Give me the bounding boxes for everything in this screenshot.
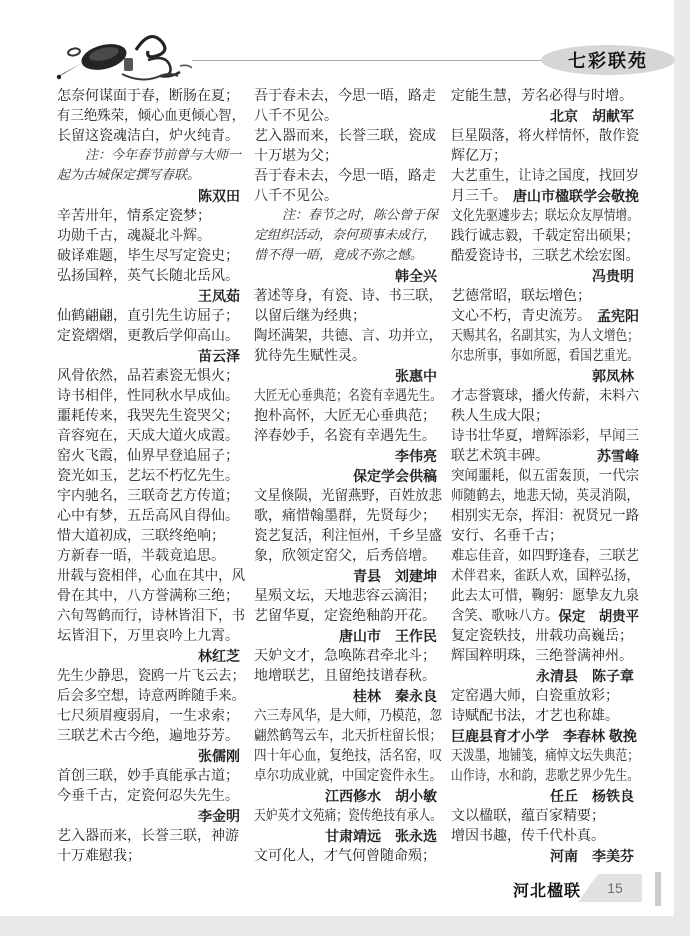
couplet-line: 功勋千古，魂凝北斗辉。: [57, 226, 245, 246]
couplet-line: 诗书相伴，性同秋水早成仙。: [57, 386, 245, 406]
couplet-line: 卓尔功成业就，中国定瓷件永生。: [254, 766, 422, 786]
couplet-line: 著述等身，有瓷、诗、书三联，: [254, 286, 434, 306]
header-divider: [192, 60, 544, 61]
ink-brush-flourish-icon: [52, 30, 192, 88]
couplet-line-with-signature: 文心不朽，青史流芳。孟宪阳: [451, 306, 639, 326]
couplet-line: 弘扬国粹，英气长随北岳风。: [57, 266, 245, 286]
couplet-line: 犹待先生赋性灵。: [254, 346, 442, 366]
couplet-line: 卅载与瓷相伴，心血在其中，风: [57, 566, 237, 586]
couplet-line: 方新春一晤，半载竟追思。: [57, 546, 245, 566]
author-signature: 河南 李美芬: [451, 846, 639, 866]
couplet-line: 文可化人，才气何曾随命殒；: [254, 846, 442, 866]
couplet-line: 文星倏陨，光留燕野，百姓放悲: [254, 486, 434, 506]
couplet-line: 六旬驾鹤而行，诗林皆泪下，书: [57, 606, 237, 626]
couplet-line: 艺留华夏，定瓷绝釉韵开花。: [254, 606, 442, 626]
couplet-line: 噩耗传来，我哭先生瓷哭父；: [57, 406, 245, 426]
couplet-line: 定瓷熠熠，更教后学仰高山。: [57, 326, 245, 346]
couplet-line: 艺德常昭，联坛增色；: [451, 286, 639, 306]
couplet-line: 三联艺术古今绝，遍地芬芳。: [57, 726, 245, 746]
couplet-line: 翩然鹤驾云车，北天折柱留长恨；: [254, 726, 422, 746]
couplet-line: 定能生慧，芳名必得与时增。: [451, 86, 639, 106]
couplet-line: 瓷艺复活，利注恒州，千乡呈盛: [254, 526, 434, 546]
author-signature: 巨鹿县育才小学 李春林 敬挽: [451, 726, 639, 746]
couplet-line: 安行、名垂千古；: [451, 526, 639, 546]
couplet-line: 艺入器而来，长誉三联，瓷成: [254, 126, 442, 146]
author-signature: 冯贵明: [451, 266, 639, 286]
couplet-line: 尔忠所事，事如所愿，看国艺重光。: [451, 346, 609, 366]
couplet-line: 抱朴高怀，大匠无心垂典范；: [254, 406, 442, 426]
column: 怎奈何谋面于春，断肠在夏；有三绝殊荣，倾心血更倾心智，长留这瓷魂洁白，炉火纯青。…: [57, 86, 245, 866]
author-signature: 苗云泽: [57, 346, 245, 366]
author-signature: 郭凤林: [451, 366, 639, 386]
author-signature: 任丘 杨铁良: [451, 786, 639, 806]
couplet-line: 星殒文坛，天地悲容云滴泪；: [254, 586, 442, 606]
couplet-text: 月三千。: [451, 186, 507, 206]
couplet-line: 文化先驱遽步去；联坛众友厚情增。: [451, 206, 609, 226]
couplet-line: 破译难题，毕生尽写定瓷史；: [57, 246, 245, 266]
couplet-line: 心中有梦，五岳高风自得仙。: [57, 506, 245, 526]
couplet-line: 瓷光如玉，艺坛不朽忆先生。: [57, 466, 245, 486]
author-signature: 王凤茹: [57, 286, 245, 306]
author-signature: 唐山市 王作民: [254, 626, 442, 646]
couplet-line: 难忘佳音，如四野逢春，三联艺: [451, 546, 631, 566]
couplet-line: 十万难慰我；: [57, 846, 245, 866]
article-columns: 怎奈何谋面于春，断肠在夏；有三绝殊荣，倾心血更倾心智，长留这瓷魂洁白，炉火纯青。…: [57, 86, 649, 866]
couplet-line: 术伴君来，雀跃人欢，国粹弘扬，: [451, 566, 619, 586]
couplet-line: 大匠无心垂典范；名瓷有幸遇先生。: [254, 386, 412, 406]
couplet-line: 艺入器而来，长誉三联，神游: [57, 826, 245, 846]
couplet-line: 巨星陨落，将火样情怀，散作瓷: [451, 126, 631, 146]
couplet-line: 今垂千古，定瓷何忍失先生。: [57, 786, 245, 806]
couplet-line: 大艺重生，让诗之国度，找回岁: [451, 166, 631, 186]
couplet-line: 相别实无奈，挥泪：祝贤兄一路: [451, 506, 631, 526]
page-footer: 河北楹联 15: [0, 872, 690, 912]
note-line: 定组织活动，奈何琐事未成行，: [254, 226, 442, 246]
journal-name: 河北楹联: [513, 878, 581, 901]
couplet-line: 宇内驰名，三联奇艺方传道；: [57, 486, 245, 506]
section-badge-label: 七彩联苑: [568, 47, 648, 73]
couplet-line: 窑火飞霞，仙界早登追屈子；: [57, 446, 245, 466]
section-badge: 七彩联苑: [541, 45, 675, 75]
couplet-line: 复定瓷轶技，卅载功高巍岳；: [451, 626, 639, 646]
author-signature: 保定学会供稿: [254, 466, 442, 486]
page-header: 七彩联苑: [0, 28, 674, 80]
couplet-line: 音容宛在，天成大道火成霞。: [57, 426, 245, 446]
couplet-line: 风骨依然，品若素瓷无惧火；: [57, 366, 245, 386]
couplet-line: 六三寿风华，是大师，乃模范，忽: [254, 706, 422, 726]
couplet-line: 此去太可惜，鞠躬：愿挚友九泉: [451, 586, 631, 606]
couplet-line: 八千不见公。: [254, 106, 442, 126]
author-signature: 张儒刚: [57, 746, 245, 766]
couplet-line: 酷爱瓷诗书，三联艺术绘宏图。: [451, 246, 631, 266]
column: 定能生慧，芳名必得与时增。北京 胡献军巨星陨落，将火样情怀，散作瓷辉亿万；大艺重…: [451, 86, 639, 866]
author-signature: 陈双田: [57, 186, 245, 206]
couplet-line: 首创三联，妙手真能承古道；: [57, 766, 245, 786]
couplet-line: 辉国粹明珠，三绝誉满神州。: [451, 646, 639, 666]
couplet-line: 辛苦卅年，情系定瓷梦；: [57, 206, 245, 226]
couplet-line: 八千不见公。: [254, 186, 442, 206]
couplet-line: 突闻噩耗，似五雷轰顶，一代宗: [451, 466, 631, 486]
couplet-line: 长留这瓷魂洁白，炉火纯青。: [57, 126, 245, 146]
magazine-page: 七彩联苑 怎奈何谋面于春，断肠在夏；有三绝殊荣，倾心血更倾心智，长留这瓷魂洁白，…: [0, 0, 674, 916]
couplet-line: 增因书趣，传千代朴真。: [451, 826, 639, 846]
author-signature: 唐山市楹联学会敬挽: [513, 186, 639, 206]
couplet-line: 天妒英才文苑痛；瓷传绝技有承人。: [254, 806, 412, 826]
couplet-text: 文心不朽，青史流芳。: [451, 306, 591, 326]
couplet-line: 歌，痛惜翰墨群，先贤每少；: [254, 506, 442, 526]
author-signature: 林红芝: [57, 646, 245, 666]
couplet-line: 地增联艺，且留绝技谱春秋。: [254, 666, 442, 686]
note-line: 注：春节之时，陈公曾于保: [254, 206, 442, 226]
couplet-line: 先生少静思，瓷鸥一片飞云去；: [57, 666, 237, 686]
couplet-line: 怎奈何谋面于春，断肠在夏；: [57, 86, 245, 106]
couplet-line: 陶坯满架，共德、言、功并立，: [254, 326, 434, 346]
author-signature: 江西修水 胡小敏: [254, 786, 442, 806]
couplet-line-with-signature: 联艺术筑丰碑。苏雪峰: [451, 446, 639, 466]
couplet-line: 秩人生成大限；: [451, 406, 639, 426]
author-signature: 韩全兴: [254, 266, 442, 286]
author-signature: 苏雪峰: [597, 446, 639, 466]
author-signature: 保定 胡贵平: [558, 606, 639, 626]
page-number: 15: [597, 880, 623, 896]
couplet-line: 吾于春未去，今思一晤，路走: [254, 166, 442, 186]
author-signature: 北京 胡献军: [451, 106, 639, 126]
couplet-line: 淬春妙手，名瓷有幸遇先生。: [254, 426, 442, 446]
couplet-line-with-signature: 月三千。唐山市楹联学会敬挽: [451, 186, 639, 206]
couplet-line: 仙鹤翩翩，直引先生访屈子；: [57, 306, 245, 326]
note-line: 注：今年春节前曾与大师一: [57, 146, 245, 166]
page-edge-bar: [655, 872, 661, 906]
couplet-line: 天泼墨，地铺笺，痛悼文坛失典范；: [451, 746, 609, 766]
couplet-line: 山作诗，水和韵，悲歌艺界少先生。: [451, 766, 609, 786]
author-signature: 张惠中: [254, 366, 442, 386]
couplet-line: 四十年心血，复绝技，活名窑，叹: [254, 746, 422, 766]
couplet-line: 坛皆泪下，万里哀吟上九霄。: [57, 626, 245, 646]
author-signature: 李伟亮: [254, 446, 442, 466]
couplet-line: 诗赋配书法，才艺也称雄。: [451, 706, 639, 726]
couplet-line: 吾于春未去，今思一晤，路走: [254, 86, 442, 106]
couplet-line: 定窑遇大师，白瓷重放彩；: [451, 686, 639, 706]
couplet-line: 天赐其名，名副其实，为人文增色；: [451, 326, 609, 346]
couplet-line: 惜大道初成，三联终绝响；: [57, 526, 245, 546]
couplet-text: 含笑、歌咏八方。: [451, 606, 558, 626]
author-signature: 李金明: [57, 806, 245, 826]
couplet-line-with-signature: 含笑、歌咏八方。保定 胡贵平: [451, 606, 631, 626]
couplet-line: 骨在其中，八方誉满称三绝；: [57, 586, 245, 606]
couplet-line: 师随鹤去，地悲天恸，英灵消陨，: [451, 486, 619, 506]
note-line: 惜不得一晤，竟成不弥之憾。: [254, 246, 442, 266]
couplet-line: 七尺须眉瘦弱肩，一生求索；: [57, 706, 245, 726]
author-signature: 甘肃靖远 张永选: [254, 826, 442, 846]
author-signature: 孟宪阳: [597, 306, 639, 326]
couplet-line: 诗书壮华夏，增辉添彩，早闻三: [451, 426, 631, 446]
couplet-line: 以留后继为经典；: [254, 306, 442, 326]
couplet-line: 辉亿万；: [451, 146, 639, 166]
couplet-line: 天妒文才，急唤陈君牵北斗；: [254, 646, 442, 666]
author-signature: 永清县 陈子章: [451, 666, 639, 686]
couplet-line: 践行诚志毅，千载定窑出硕果；: [451, 226, 631, 246]
couplet-line: 象，欣领定窑父，后秀倍增。: [254, 546, 442, 566]
page-number-box: 15: [578, 874, 642, 902]
couplet-line: 文以楹联，蕴百家精要；: [451, 806, 639, 826]
author-signature: 青县 刘建坤: [254, 566, 442, 586]
couplet-text: 联艺术筑丰碑。: [451, 446, 549, 466]
couplet-line: 后会多空想，诗意两眸随手来。: [57, 686, 237, 706]
couplet-line: 才志誉寰球，播火传薪，未料六: [451, 386, 631, 406]
author-signature: 桂林 秦永良: [254, 686, 442, 706]
note-line: 起为古城保定撰写春联。: [57, 166, 245, 186]
column: 吾于春未去，今思一晤，路走八千不见公。艺入器而来，长誉三联，瓷成十万堪为父；吾于…: [254, 86, 442, 866]
couplet-line: 十万堪为父；: [254, 146, 442, 166]
couplet-line: 有三绝殊荣，倾心血更倾心智，: [57, 106, 237, 126]
